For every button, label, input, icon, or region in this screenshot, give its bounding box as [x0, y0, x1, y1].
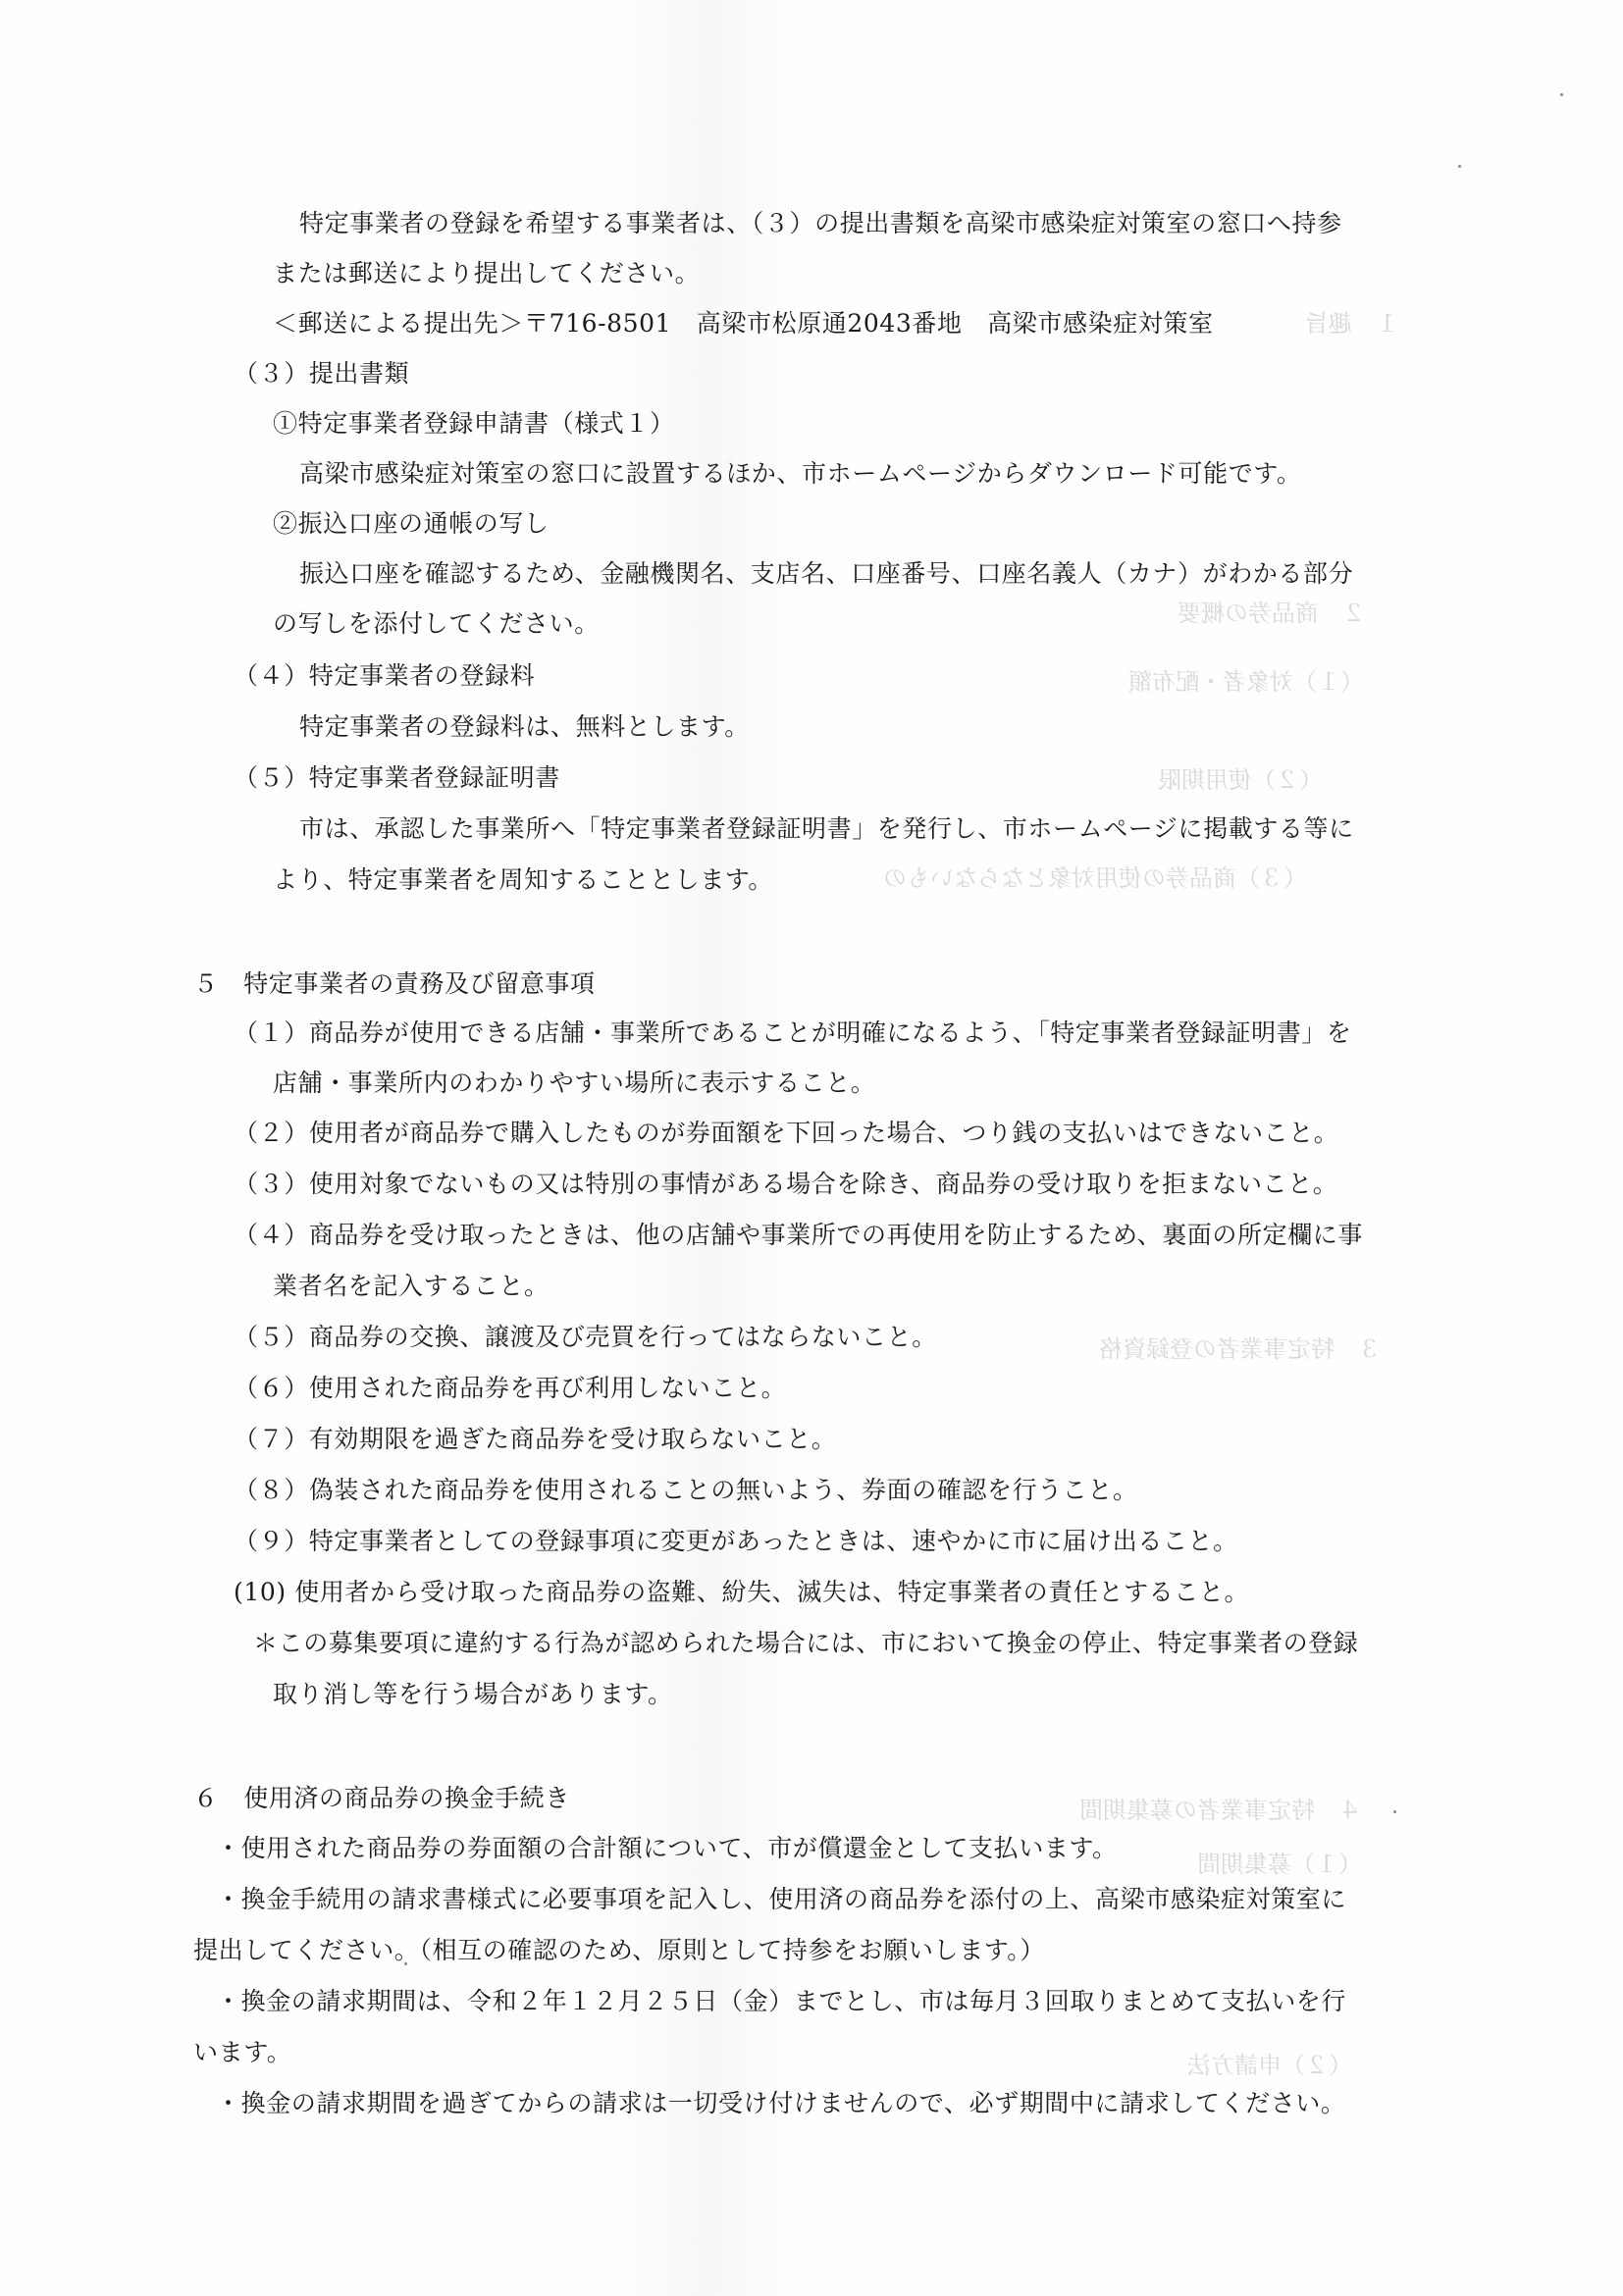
bleed-through-text: ４ 特定事業者の募集期間	[1079, 1796, 1362, 1825]
bullet-item: ・換金の請求期間は、令和２年１２月２５日（金）までとし、市は毎月３回取りまとめて…	[216, 1987, 1346, 2016]
list-item: （６）使用された商品券を再び利用しないこと。	[234, 1374, 786, 1403]
note-text: ＊この募集要項に違約する行為が認められた場合には、市において換金の停止、特定事業…	[253, 1629, 1358, 1658]
bleed-through-text: （２）使用期限	[1158, 765, 1323, 795]
mailing-address: ＜郵送による提出先＞〒716-8501 高梁市松原通2043番地 高梁市感染症対…	[273, 309, 1214, 339]
bleed-through-text: （１）対象者・配布額	[1128, 667, 1364, 697]
list-item: （９）特定事業者としての登録事項に変更があったときは、速やかに市に届け出ること。	[234, 1527, 1238, 1556]
subheading-registration-fee: （４）特定事業者の登録料	[234, 661, 535, 691]
list-item-application-form: ①特定事業者登録申請書（様式１）	[273, 409, 675, 439]
bullet-item: ・使用された商品券の券面額の合計額について、市が償還金として支払います。	[216, 1834, 1118, 1863]
bleed-through-text: （２）申請方法	[1187, 2051, 1352, 2080]
list-item: （２）使用者が商品券で購入したものが券面額を下回った場合、つり銭の支払いはできな…	[234, 1119, 1338, 1148]
scan-speck	[404, 1962, 407, 1965]
bleed-through-text: （３）商品券の使用対象とならないもの	[883, 863, 1307, 893]
scan-speck	[1560, 93, 1563, 96]
paragraph-text: 振込口座を確認するため、金融機関名、支店名、口座番号、口座名義人（カナ）がわかる…	[299, 559, 1353, 589]
list-item-continuation: 業者名を記入すること。	[273, 1272, 550, 1301]
list-item: （４）商品券を受け取ったときは、他の店舗や事業所での再使用を防止するため、裏面の…	[234, 1221, 1363, 1250]
list-item: （３）使用対象でないもの又は特別の事情がある場合を除き、商品券の受け取りを拒まな…	[234, 1170, 1337, 1199]
bullet-item: ・換金の請求期間を過ぎてからの請求は一切受け付けませんので、必ず期間中に請求して…	[216, 2089, 1346, 2118]
list-item: （８）偽装された商品券を使用されることの無いよう、券面の確認を行うこと。	[234, 1476, 1138, 1505]
bleed-through-text: ３ 特定事業者の登録資格	[1099, 1334, 1382, 1364]
bullet-item-continuation: います。	[193, 2038, 291, 2067]
section-heading-6: ６ 使用済の商品券の換金手続き	[193, 1784, 570, 1813]
paragraph-text: 高梁市感染症対策室の窓口に設置するほか、市ホームページからダウンロード可能です。	[299, 459, 1302, 489]
paragraph-text: または郵送により提出してください。	[273, 259, 700, 288]
list-item: (10) 使用者から受け取った商品券の盗難、紛失、滅失は、特定事業者の責任とする…	[234, 1578, 1249, 1607]
bullet-item-continuation: 提出してください。（相互の確認のため、原則として持参をお願いします。）	[193, 1936, 1045, 1965]
subheading-registration-certificate: （５）特定事業者登録証明書	[234, 763, 560, 793]
scan-speck	[1458, 165, 1461, 168]
bleed-through-text: １ 趣旨	[1305, 309, 1399, 339]
paragraph-text: より、特定事業者を周知することとします。	[273, 865, 773, 895]
bleed-through-text: （１）募集期間	[1197, 1850, 1362, 1879]
list-item: （１）商品券が使用できる店舗・事業所であることが明確になるよう、「特定事業者登録…	[234, 1018, 1352, 1048]
list-item-bankbook-copy: ②振込口座の通帳の写し	[273, 509, 550, 539]
paragraph-text: 市は、承認した事業所へ「特定事業者登録証明書」を発行し、市ホームページに掲載する…	[299, 814, 1354, 844]
bleed-through-text: ２ 商品券の概要	[1178, 599, 1366, 628]
scanned-page: １ 趣旨 ２ 商品券の概要 （１）対象者・配布額 （２）使用期限 （３）商品券の…	[0, 0, 1623, 2296]
list-item: （７）有効期限を過ぎた商品券を受け取らないこと。	[234, 1425, 836, 1454]
paragraph-text: の写しを添付してください。	[273, 609, 600, 639]
subheading-submission-documents: （３）提出書類	[234, 359, 409, 389]
list-item-continuation: 店舗・事業所内のわかりやすい場所に表示すること。	[273, 1069, 875, 1098]
note-text-continuation: 取り消し等を行う場合があります。	[273, 1680, 673, 1709]
paragraph-text: 特定事業者の登録料は、無料とします。	[299, 712, 750, 742]
scan-speck	[1393, 1810, 1396, 1813]
list-item: （５）商品券の交換、譲渡及び売買を行ってはならないこと。	[234, 1323, 937, 1352]
section-heading-5: ５ 特定事業者の責務及び留意事項	[193, 969, 596, 999]
bullet-item: ・換金手続用の請求書様式に必要事項を記入し、使用済の商品券を添付の上、高梁市感染…	[216, 1885, 1346, 1914]
paragraph-text: 特定事業者の登録を希望する事業者は、（３）の提出書類を高梁市感染症対策室の窓口へ…	[299, 209, 1342, 238]
